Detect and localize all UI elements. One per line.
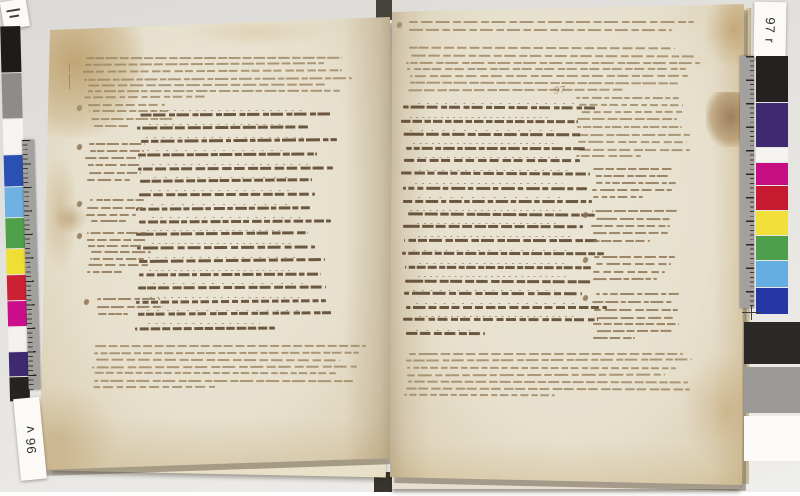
- margin-note-1-line: [594, 175, 669, 177]
- diacritics-line: [149, 124, 285, 125]
- upper-scholia-line: [408, 89, 624, 91]
- diacritics-line: [151, 204, 291, 205]
- color-chip: [8, 327, 29, 352]
- diacritics-line: [419, 170, 571, 171]
- margin-note-2-line: [595, 218, 671, 220]
- right-folio-label-card: 97 r: [754, 2, 787, 59]
- main-text-line: [139, 272, 321, 276]
- upper-scholia-tail-column-line: [581, 111, 684, 113]
- margin-note-2-line: [90, 199, 144, 201]
- main-text-line: [140, 178, 312, 183]
- registration-crosshair: [742, 306, 762, 320]
- upper-scholia-line: [410, 75, 688, 77]
- diacritics-line: [147, 310, 304, 311]
- brand-text-mark: [9, 14, 19, 18]
- margin-note-3-line: [593, 271, 665, 273]
- main-text-line: [141, 139, 337, 144]
- main-text-line: [137, 126, 308, 130]
- scholion-siglum: [83, 298, 90, 306]
- color-chip: [756, 148, 788, 162]
- main-text-line: [138, 166, 333, 170]
- left-page: [36, 14, 394, 474]
- margin-note-4-line: [593, 337, 635, 339]
- color-chip: [756, 186, 788, 210]
- margin-note-4-line: [592, 301, 673, 303]
- right-page-content: 97: [386, 2, 750, 492]
- right-page: 97: [386, 2, 750, 492]
- margin-note-1-line: [89, 172, 141, 174]
- diacritics-line: [413, 143, 558, 144]
- upper-scholia-tail-column-line: [578, 134, 690, 136]
- diacritics-line: [415, 183, 562, 184]
- main-text-line: [404, 292, 582, 296]
- margin-note-4-line: [595, 316, 674, 318]
- diacritics-line: [419, 263, 568, 264]
- diacritics-line: [146, 137, 303, 138]
- scholion-siglum: [582, 256, 589, 264]
- margin-note-3-line: [91, 251, 151, 253]
- margin-note-4-line: [594, 309, 678, 311]
- margin-note-3-line: [88, 264, 150, 266]
- margin-note-3-line: [87, 231, 146, 233]
- top-scholia-line: [86, 57, 342, 59]
- bottom-scholia-line: [406, 359, 692, 362]
- left-calibration-bar: 96 v: [0, 0, 48, 492]
- margin-note-2-line: [91, 220, 126, 222]
- diacritics-line: [418, 236, 573, 237]
- upper-scholia-tail-column-line: [577, 118, 677, 120]
- bottom-scholia-line: [406, 388, 690, 391]
- margin-note-4-line: [97, 306, 163, 308]
- margin-note-1-line: [592, 189, 672, 191]
- color-chip: [756, 261, 788, 287]
- color-chip: [7, 301, 28, 327]
- margin-note-1-line: [85, 157, 140, 159]
- top-scholia-line: [83, 69, 342, 72]
- color-chip: [744, 367, 800, 413]
- main-text-line: [139, 193, 315, 197]
- bottom-scholia-line: [92, 366, 357, 368]
- main-text-line: [401, 172, 590, 176]
- main-text-line: [405, 146, 586, 149]
- scholion-siglum: [582, 211, 589, 219]
- color-chip: [756, 163, 788, 185]
- main-text-line: [136, 299, 326, 304]
- diacritics-line: [418, 157, 559, 158]
- diacritics-line: [152, 110, 307, 111]
- right-calibration-bar: 97 r: [738, 0, 800, 492]
- top-scholia-tail-line: [91, 125, 128, 127]
- margin-note-4-line: [593, 323, 679, 325]
- main-text-line: [139, 220, 331, 224]
- margin-note-1-line: [90, 150, 144, 152]
- margin-note-1-line: [89, 143, 145, 145]
- main-text-line: [138, 286, 326, 290]
- margin-vertical-note-line: [69, 62, 70, 91]
- right-ruler: [740, 56, 754, 308]
- diacritics-line: [152, 243, 295, 244]
- diacritics-line: [147, 230, 285, 231]
- bottom-scholia-line: [93, 386, 216, 388]
- bottom-scholia-line: [409, 353, 683, 355]
- margin-note-3-line: [594, 256, 675, 258]
- scholion-siglum: [396, 21, 403, 29]
- top-scholia-short-line: [409, 21, 694, 23]
- bottom-scholia-line: [408, 381, 688, 383]
- margin-note-1-line: [596, 182, 676, 184]
- bottom-scholia-line: [94, 380, 353, 382]
- diacritics-line: [152, 164, 308, 165]
- top-scholia-line: [85, 62, 324, 65]
- diacritics-line: [416, 303, 577, 304]
- margin-note-2-line: [591, 225, 670, 227]
- color-chip: [744, 416, 800, 461]
- main-text-line: [138, 152, 317, 156]
- upper-scholia-tail-column-line: [577, 126, 682, 128]
- grayscale-squares: [744, 322, 800, 464]
- main-text-line: [405, 265, 591, 269]
- margin-note-1-line: [85, 164, 140, 166]
- diacritics-line: [149, 270, 295, 271]
- main-text-line: [403, 225, 583, 229]
- top-scholia-line: [88, 89, 340, 91]
- margin-note-3-line: [87, 271, 122, 273]
- left-folio-label-card: 96 v: [13, 397, 47, 481]
- diacritics-line: [147, 150, 290, 151]
- margin-note-3-line: [90, 258, 144, 260]
- diacritics-line: [410, 130, 554, 131]
- margin-note-3-line: [596, 263, 671, 265]
- main-text-line: [135, 326, 275, 330]
- main-text-line: [406, 332, 485, 335]
- main-text-line: [136, 231, 308, 236]
- diacritics-line: [152, 217, 306, 218]
- diacritics-line: [148, 323, 260, 324]
- margin-note-3-line: [85, 245, 142, 247]
- scholion-siglum: [76, 143, 83, 151]
- color-chip: [9, 352, 30, 377]
- main-text-line: [403, 200, 592, 203]
- scholion-siglum: [76, 232, 83, 240]
- diacritics-line: [153, 283, 303, 284]
- left-folio-label: 96 v: [21, 424, 39, 454]
- inscribed-folio-number: 97: [553, 85, 566, 96]
- upper-scholia-line: [409, 54, 695, 56]
- color-chip: [756, 56, 788, 102]
- bottom-scholia-line: [94, 372, 337, 374]
- main-text-line: [404, 159, 580, 162]
- diacritics-line: [418, 276, 568, 277]
- main-text-line: [135, 311, 332, 316]
- main-text-line: [406, 305, 607, 308]
- diacritics-line: [150, 190, 291, 191]
- main-text-line: [401, 120, 578, 124]
- margin-note-2-line: [87, 207, 143, 209]
- upper-scholia-line: [406, 62, 700, 64]
- margin-note-4-line: [595, 330, 672, 332]
- diacritics-line: [148, 257, 297, 258]
- upper-scholia-line: [410, 82, 678, 84]
- color-chip: [1, 73, 22, 119]
- main-text-line: [402, 252, 604, 256]
- diacritics-line: [154, 177, 291, 178]
- main-text-line: [136, 206, 310, 211]
- upper-scholia-tail-column-line: [579, 149, 690, 151]
- margin-note-1-line: [593, 196, 643, 198]
- diacritics-line: [150, 297, 302, 298]
- main-text-line: [406, 212, 595, 216]
- main-text-line: [403, 106, 599, 110]
- margin-note-3-line: [593, 278, 657, 280]
- main-text-line: [403, 133, 582, 137]
- bottom-scholia-line: [94, 352, 359, 354]
- main-text-line: [139, 258, 325, 263]
- margin-note-2-line: [86, 214, 136, 216]
- diacritics-line: [416, 330, 479, 331]
- margin-note-2-line: [593, 240, 650, 242]
- main-text-line: [138, 112, 331, 116]
- bottom-scholia-line: [96, 358, 340, 360]
- upper-scholia-tail-column-line: [579, 104, 683, 106]
- color-chip: [6, 249, 27, 275]
- diacritics-line: [418, 103, 575, 104]
- photograph-stage: 97 96 v 97 r: [0, 0, 800, 492]
- top-scholia-tail-line: [90, 117, 173, 119]
- crosshair-vertical: [751, 306, 752, 320]
- color-chip: [744, 322, 800, 364]
- margin-note-4-line: [97, 298, 160, 300]
- diacritics-line: [417, 223, 561, 224]
- top-scholia-line: [84, 77, 352, 80]
- upper-scholia-tail-column-line: [576, 155, 641, 157]
- margin-note-4-line: [98, 313, 128, 315]
- bottom-scholia-line: [407, 374, 665, 376]
- upper-scholia-tail-column-line: [576, 97, 679, 99]
- diacritics-line: [418, 197, 569, 198]
- main-text-line: [404, 239, 597, 242]
- main-text-line: [405, 279, 593, 283]
- bottom-scholia-line: [95, 345, 366, 347]
- main-text-line: [403, 186, 587, 190]
- upper-scholia-tail-column-line: [578, 141, 687, 143]
- right-color-chips: [756, 56, 788, 315]
- bottom-scholia-line: [407, 366, 676, 368]
- bottom-scholia-line: [404, 394, 555, 396]
- brand-text-mark: [6, 8, 20, 12]
- diacritics-line: [410, 210, 561, 211]
- color-chip: [4, 155, 25, 187]
- color-chip: [4, 187, 25, 218]
- top-scholia-line: [87, 83, 326, 86]
- ruler-cm-ticks: [746, 56, 754, 308]
- margin-note-3-line: [85, 239, 146, 241]
- margin-note-2-line: [593, 232, 668, 234]
- main-text-line: [137, 245, 315, 249]
- scholion-siglum: [76, 104, 83, 112]
- left-page-content: [36, 14, 394, 474]
- diacritics-line: [413, 250, 574, 251]
- right-folio-label: 97 r: [762, 17, 777, 44]
- margin-note-1-line: [593, 168, 673, 170]
- color-chip: [0, 26, 21, 73]
- upper-scholia-line: [409, 47, 675, 49]
- scholion-siglum: [76, 200, 83, 208]
- top-scholia-line: [82, 96, 206, 99]
- spine-notch-top: [376, 0, 392, 20]
- upper-scholia-line: [407, 68, 686, 70]
- main-text-line: [403, 318, 598, 322]
- color-chip: [756, 103, 788, 147]
- margin-note-4-line: [596, 293, 679, 295]
- diacritics-line: [413, 290, 555, 291]
- margin-note-1-line: [87, 179, 130, 181]
- top-scholia-short-line: [409, 29, 672, 31]
- color-chip: [5, 218, 26, 249]
- diacritics-line: [410, 117, 552, 118]
- top-scholia-tail-line: [88, 104, 165, 106]
- color-chip: [756, 211, 788, 235]
- margin-note-2-line: [592, 210, 677, 212]
- color-chip: [7, 275, 28, 301]
- scholion-siglum: [582, 294, 589, 302]
- color-chip: [756, 236, 788, 260]
- color-chip: [3, 119, 24, 155]
